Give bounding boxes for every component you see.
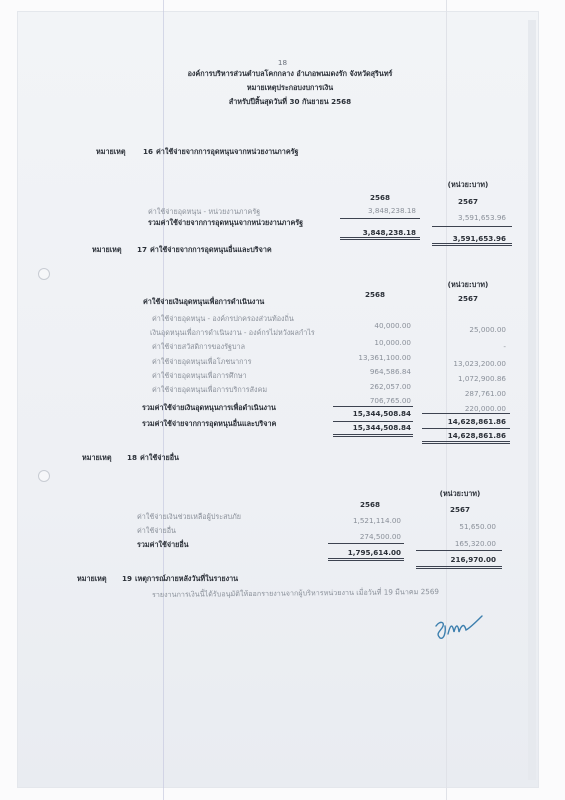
row-value-2568: 13,361,100.00 bbox=[315, 353, 411, 362]
subtotal-value-2567: 14,628,861.86 bbox=[410, 417, 506, 426]
row-label: ค่าใช้จ่ายอื่น bbox=[137, 526, 176, 537]
double-underline bbox=[416, 566, 502, 569]
row-label: ค่าใช้จ่ายอุดหนุนเพื่อการบริการสังคม bbox=[152, 385, 267, 396]
double-underline bbox=[432, 243, 512, 246]
note-label: หมายเหตุ bbox=[82, 453, 112, 464]
row-label: ค่าใช้จ่ายอุดหนุนเพื่อโภชนาการ bbox=[152, 357, 251, 368]
page-number: 18 bbox=[0, 58, 565, 67]
organization-name: องค์การบริหารส่วนตำบลโคกกลาง อำเภอพนมดงร… bbox=[125, 69, 455, 80]
row-label: ค่าใช้จ่ายสวัสดิการของรัฐบาล bbox=[152, 342, 245, 353]
note16-title: ค่าใช้จ่ายจากการอุดหนุนจากหน่วยงานภาครัฐ bbox=[156, 147, 298, 158]
year-2567-header: 2567 bbox=[420, 505, 500, 514]
underline bbox=[328, 543, 404, 544]
row-value-2568: 1,521,114.00 bbox=[305, 516, 401, 525]
report-period: สำหรับปีสิ้นสุดวันที่ 30 กันยายน 2568 bbox=[125, 97, 455, 108]
punch-hole-top bbox=[38, 268, 50, 280]
row-label: ค่าใช้จ่ายอุดหนุน - องค์กรปกครองส่วนท้อง… bbox=[152, 314, 294, 325]
note18-number: 18 bbox=[127, 453, 137, 462]
document-page bbox=[18, 12, 538, 787]
row-value-2568: 3,848,238.18 bbox=[320, 206, 416, 215]
underline bbox=[422, 413, 510, 414]
row-value-2568: 964,586.84 bbox=[315, 367, 411, 376]
row-value-2567: 165,320.00 bbox=[400, 539, 496, 548]
year-2568-header: 2568 bbox=[330, 500, 410, 509]
note17-title: ค่าใช้จ่ายจากการอุดหนุนอื่นและบริจาค bbox=[150, 245, 272, 256]
row-label: เงินอุดหนุนเพื่อการดำเนินงาน - องค์กรไม่… bbox=[150, 328, 315, 339]
underline bbox=[340, 218, 420, 219]
total-value-2568: 1,795,614.00 bbox=[305, 548, 401, 557]
double-underline bbox=[333, 434, 413, 437]
total-label: รวมค่าใช้จ่ายจากการอุดหนุนอื่นและบริจาค bbox=[142, 419, 276, 430]
section-subheader: ค่าใช้จ่ายเงินอุดหนุนเพื่อการดำเนินงาน bbox=[143, 297, 264, 308]
year-2567-header: 2567 bbox=[428, 294, 508, 303]
note19-number: 19 bbox=[122, 574, 132, 583]
scan-line bbox=[163, 0, 164, 800]
scan-line-right bbox=[446, 0, 447, 800]
signature-icon bbox=[432, 612, 484, 646]
note-label: หมายเหตุ bbox=[77, 574, 107, 585]
row-label: ค่าใช้จ่ายอุดหนุนเพื่อการศึกษา bbox=[152, 371, 247, 382]
total-label: รวมค่าใช้จ่ายอื่น bbox=[137, 540, 189, 551]
row-value-2567: 3,591,653.96 bbox=[410, 213, 506, 222]
row-value-2568: 10,000.00 bbox=[315, 338, 411, 347]
row-value-2568: 40,000.00 bbox=[315, 321, 411, 330]
double-underline bbox=[422, 441, 510, 444]
page-edge bbox=[528, 20, 536, 780]
row-value-2567: 25,000.00 bbox=[410, 325, 506, 334]
total-value-2567: 216,970.00 bbox=[400, 555, 496, 564]
year-2567-header: 2567 bbox=[428, 197, 508, 206]
note19-title: เหตุการณ์ภายหลังวันที่ในรายงาน bbox=[135, 574, 238, 585]
total-label: รวมค่าใช้จ่ายจากการอุดหนุนจากหน่วยงานภาค… bbox=[148, 218, 303, 229]
row-value-2567: 51,650.00 bbox=[400, 522, 496, 531]
total-value-2568: 3,848,238.18 bbox=[320, 228, 416, 237]
row-value-2567: 13,023,200.00 bbox=[410, 359, 506, 368]
year-2568-header: 2568 bbox=[335, 290, 415, 299]
note-label: หมายเหตุ bbox=[96, 147, 126, 158]
underline bbox=[432, 226, 512, 227]
underline bbox=[333, 421, 413, 422]
row-value-2567: - bbox=[410, 342, 506, 351]
double-underline bbox=[340, 237, 420, 240]
underline bbox=[422, 428, 510, 429]
subtotal-label: รวมค่าใช้จ่ายเงินอุดหนุนการเพื่อดำเนินงา… bbox=[142, 403, 276, 414]
row-label: ค่าใช้จ่ายอุดหนุน - หน่วยงานภาครัฐ bbox=[148, 207, 260, 218]
underline bbox=[416, 550, 502, 551]
row-value-2568: 274,500.00 bbox=[305, 532, 401, 541]
total-value-2568: 15,344,508.84 bbox=[315, 423, 411, 432]
row-value-2567: 1,072,900.86 bbox=[410, 374, 506, 383]
year-2568-header: 2568 bbox=[340, 193, 420, 202]
unit-label: (หน่วย:บาท) bbox=[420, 489, 500, 500]
total-value-2567: 14,628,861.86 bbox=[410, 431, 506, 440]
unit-label: (หน่วย:บาท) bbox=[428, 180, 508, 191]
note17-number: 17 bbox=[137, 245, 147, 254]
note16-number: 16 bbox=[143, 147, 153, 156]
note-label: หมายเหตุ bbox=[92, 245, 122, 256]
double-underline bbox=[328, 558, 404, 561]
punch-hole-bottom bbox=[38, 470, 50, 482]
total-value-2567: 3,591,653.96 bbox=[410, 234, 506, 243]
document-title: หมายเหตุประกอบงบการเงิน bbox=[125, 83, 455, 94]
row-label: ค่าใช้จ่ายเงินช่วยเหลือผู้ประสบภัย bbox=[137, 512, 241, 523]
note18-title: ค่าใช้จ่ายอื่น bbox=[140, 453, 179, 464]
row-value-2567: 220,000.00 bbox=[410, 404, 506, 413]
row-value-2568: 262,057.00 bbox=[315, 382, 411, 391]
row-value-2567: 287,761.00 bbox=[410, 389, 506, 398]
underline bbox=[333, 406, 413, 407]
unit-label: (หน่วย:บาท) bbox=[428, 280, 508, 291]
subtotal-value-2568: 15,344,508.84 bbox=[315, 409, 411, 418]
row-value-2568: 706,765.00 bbox=[315, 396, 411, 405]
